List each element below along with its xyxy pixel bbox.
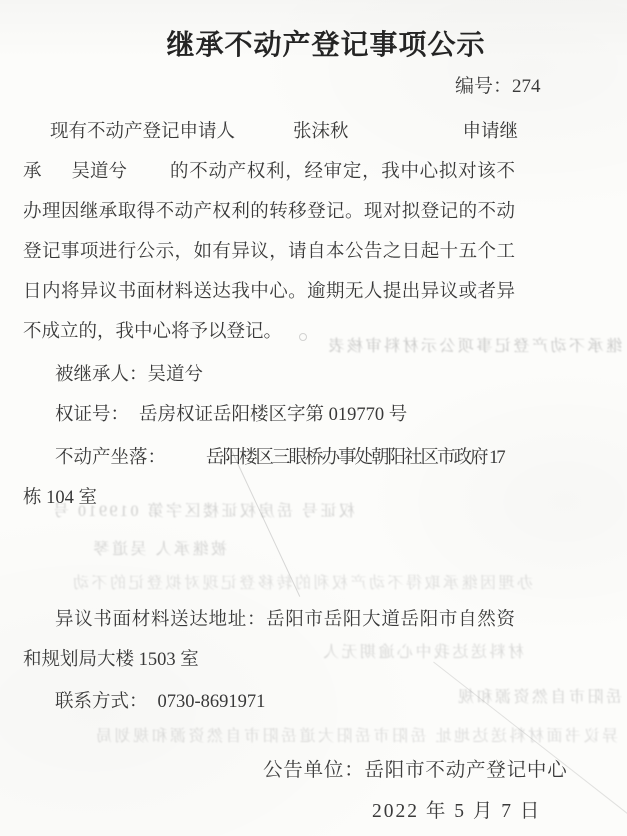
paragraph-text: 现有不动产登记申请人 xyxy=(50,112,235,152)
paragraph-line-5: 日内将异议书面材料送达我中心。逾期无人提出异议或者异议 xyxy=(23,272,515,312)
paragraph-text: 申请继 xyxy=(463,112,519,152)
field-value: 吴道兮 xyxy=(148,365,204,385)
paragraph-line-2: 承 吴道兮 的不动产权利，经审定，我中心拟对该不动产 xyxy=(23,152,515,192)
date-line: 2022 年 5 月 7 日 xyxy=(372,797,541,827)
issuer-line: 公告单位：岳阳市不动产登记中心 xyxy=(263,756,568,786)
document-body: 继承不动产登记事项公示 现有不动产登记申请人 张沫秋 申请继 承 吴道兮 的不动… xyxy=(23,0,515,722)
scanned-notice-page: 继承不动产登记事项公示材料审核表 权证号 岳房权证楼区字第 019910 号 被… xyxy=(0,0,627,836)
paragraph-text: 承 xyxy=(23,152,42,192)
paragraph-line-1: 现有不动产登记申请人 张沫秋 申请继 xyxy=(23,112,515,152)
field-certificate: 权证号： 岳房权证岳阳楼区字第 019770 号 xyxy=(23,395,515,435)
page-title: 继承不动产登记事项公示 xyxy=(80,27,572,63)
field-contact: 联系方式： 0730-8691971 xyxy=(23,682,515,722)
field-value: 岳房权证岳阳楼区字第 019770 号 xyxy=(139,395,407,435)
objection-address-line-2: 和规划局大楼 1503 室 xyxy=(23,640,515,680)
field-label: 联系方式： xyxy=(55,682,148,722)
field-label: 不动产坐落： xyxy=(55,438,166,478)
field-label: 被继承人： xyxy=(55,365,148,385)
paragraph-line-4: 登记事项进行公示，如有异议，请自本公告之日起十五个工作 xyxy=(23,232,515,272)
paragraph-line-6: 不成立的，我中心将予以登记。 xyxy=(23,312,515,352)
paragraph-text: 的不动产权利，经审定，我中心拟对该不动产 xyxy=(170,152,515,192)
decedent-name: 吴道兮 xyxy=(72,152,128,192)
objection-address-line-1: 异议书面材料送达地址：岳阳市岳阳大道岳阳市自然资源 xyxy=(23,600,515,640)
bleedthrough-artifact: 异议书面材料送达地址 岳阳市岳阳大道岳阳市自然资源和规划局 xyxy=(18,726,618,748)
field-decedent: 被继承人：吴道兮 xyxy=(23,355,515,395)
field-value: 0730-8691971 xyxy=(158,682,266,722)
applicant-name: 张沫秋 xyxy=(293,112,349,152)
field-label: 权证号： xyxy=(55,395,129,435)
field-location: 不动产坐落： 岳阳楼区三眼桥办事处朝阳社区市政府 17 xyxy=(23,438,515,478)
field-location-wrap: 栋 104 室 xyxy=(23,478,515,518)
paragraph-line-3: 办理因继承取得不动产权利的转移登记。现对拟登记的不动产 xyxy=(23,192,515,232)
field-value: 岳阳楼区三眼桥办事处朝阳社区市政府 17 xyxy=(206,438,504,478)
